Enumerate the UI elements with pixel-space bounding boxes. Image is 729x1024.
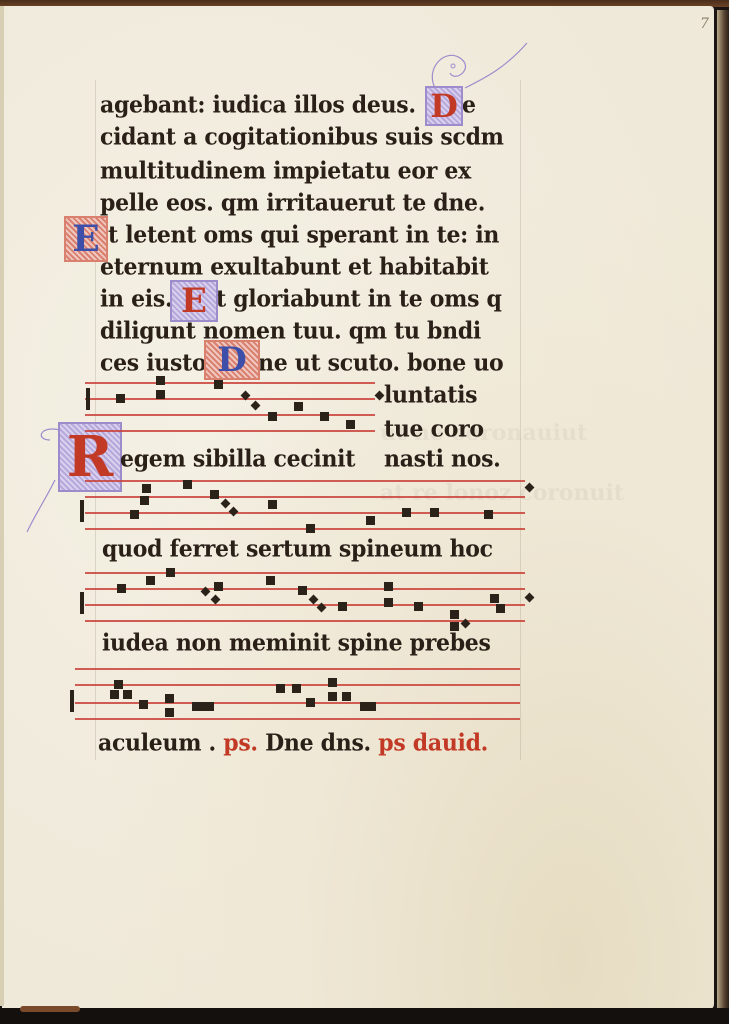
- neume-note: [496, 604, 505, 613]
- neume-note: [430, 508, 439, 517]
- decorated-initial-e: E: [170, 280, 218, 322]
- lyric-line-4: aculeum . ps. Dne dns. ps dauid.: [98, 729, 488, 756]
- neume-note: [166, 568, 175, 577]
- neume-note: [328, 678, 337, 687]
- neume-note: [165, 708, 174, 717]
- neume-note: [276, 684, 285, 693]
- text-line-3: multitudinem impietatu eor ex: [100, 157, 471, 184]
- neume-note: [346, 420, 355, 429]
- lyric-line-2: quod ferret sertum spineum hoc: [102, 535, 493, 562]
- staff-3-line: [85, 604, 525, 606]
- staff-1-side-text: nasti nos.: [384, 445, 501, 472]
- text-line-9a: ces iusto.: [100, 349, 213, 376]
- neume-note: [140, 496, 149, 505]
- gutter-edge: [0, 6, 4, 1006]
- text-line-9b: ne ut scuto. bone uo: [258, 349, 503, 376]
- neume-note: [210, 490, 219, 499]
- penwork-flourish-icon: [25, 420, 75, 540]
- c-clef-icon: [86, 388, 90, 410]
- neume-note: [156, 376, 165, 385]
- neume-note: [214, 582, 223, 591]
- staff-3-line: [85, 620, 525, 622]
- c-clef-icon: [80, 500, 84, 522]
- neume-note: [146, 576, 155, 585]
- neume-note: [450, 610, 459, 619]
- lyric-line-3: iudea non meminit spine prebes: [102, 629, 491, 656]
- neume-note: [320, 412, 329, 421]
- neume-note: [123, 690, 132, 699]
- staff-1-line: [85, 382, 375, 384]
- neume-note: [294, 402, 303, 411]
- neume-note: [306, 524, 315, 533]
- show-through-text: at re lonoz coronuit: [380, 480, 624, 506]
- rubric-psalm-david: ps dauid.: [378, 729, 488, 756]
- text-line-7b: t gloriabunt in te oms q: [216, 285, 502, 312]
- text-line-5: t letent oms qui sperant in te: in: [108, 221, 499, 248]
- neume-note: [384, 582, 393, 591]
- neume-note: [142, 484, 151, 493]
- staff-3-line: [85, 572, 525, 574]
- bottom-shadow: [0, 1008, 729, 1024]
- leather-cover-edge: [20, 1006, 80, 1012]
- neume-note: [306, 698, 315, 707]
- neume-note: [402, 508, 411, 517]
- lyric-text: Dne dns.: [265, 729, 371, 756]
- staff-4-line: [75, 668, 520, 670]
- staff-2-line: [85, 512, 525, 514]
- decorated-initial-e: E: [64, 216, 108, 262]
- neume-note: [110, 690, 119, 699]
- neume-note: [214, 380, 223, 389]
- text-line-7a: in eis.: [100, 285, 172, 312]
- lyric-text: aculeum .: [98, 729, 216, 756]
- neume-note: [156, 390, 165, 399]
- text-line-6: eternum exultabunt et habitabit: [100, 253, 489, 280]
- rubric-psalm-label: ps.: [223, 729, 258, 756]
- c-clef-icon: [80, 592, 84, 614]
- neume-note: [292, 684, 301, 693]
- text-line-1: agebant: iudica illos deus.: [100, 91, 416, 118]
- neume-note: [342, 692, 351, 701]
- staff-1-line: [85, 398, 375, 400]
- ruling-line-left: [95, 80, 96, 760]
- neume-note: [490, 594, 499, 603]
- neume-note: [183, 480, 192, 489]
- neume-note: [384, 598, 393, 607]
- neume-note: [192, 702, 214, 711]
- penwork-flourish-icon: [405, 38, 535, 98]
- neume-note: [165, 694, 174, 703]
- neume-note: [268, 412, 277, 421]
- neume-note: [360, 702, 376, 711]
- staff-2-line: [85, 496, 525, 498]
- neume-note: [266, 576, 275, 585]
- staff-2-line: [85, 480, 525, 482]
- neume-note: [114, 680, 123, 689]
- neume-note: [366, 516, 375, 525]
- neume-note: [338, 602, 347, 611]
- neume-note: [484, 510, 493, 519]
- neume-note: [414, 602, 423, 611]
- text-line-2: cidant a cogitationibus suis scdm: [100, 123, 504, 150]
- fore-edge: [717, 10, 729, 1010]
- text-line-8: diligunt nomen tuu. qm tu bndi: [100, 317, 481, 344]
- staff-1-line: [85, 430, 375, 432]
- c-clef-icon: [70, 690, 74, 712]
- neume-note: [139, 700, 148, 709]
- neume-note: [328, 692, 337, 701]
- folio-number: 7: [700, 16, 709, 32]
- staff-2-line: [85, 528, 525, 530]
- text-line-4: pelle eos. qm irritauerut te dne.: [100, 189, 485, 216]
- staff-1-line: [85, 414, 375, 416]
- neume-note: [268, 500, 277, 509]
- staff-4-line: [75, 718, 520, 720]
- neume-note: [117, 584, 126, 593]
- staff-1-side-text: luntatis: [384, 381, 477, 408]
- neume-note: [130, 510, 139, 519]
- neume-note: [298, 586, 307, 595]
- neume-note: [116, 394, 125, 403]
- decorated-initial-d: D: [204, 340, 260, 380]
- lyric-line-1: egem sibilla cecinit: [120, 445, 355, 472]
- staff-1-side-text: tue coro: [384, 415, 484, 442]
